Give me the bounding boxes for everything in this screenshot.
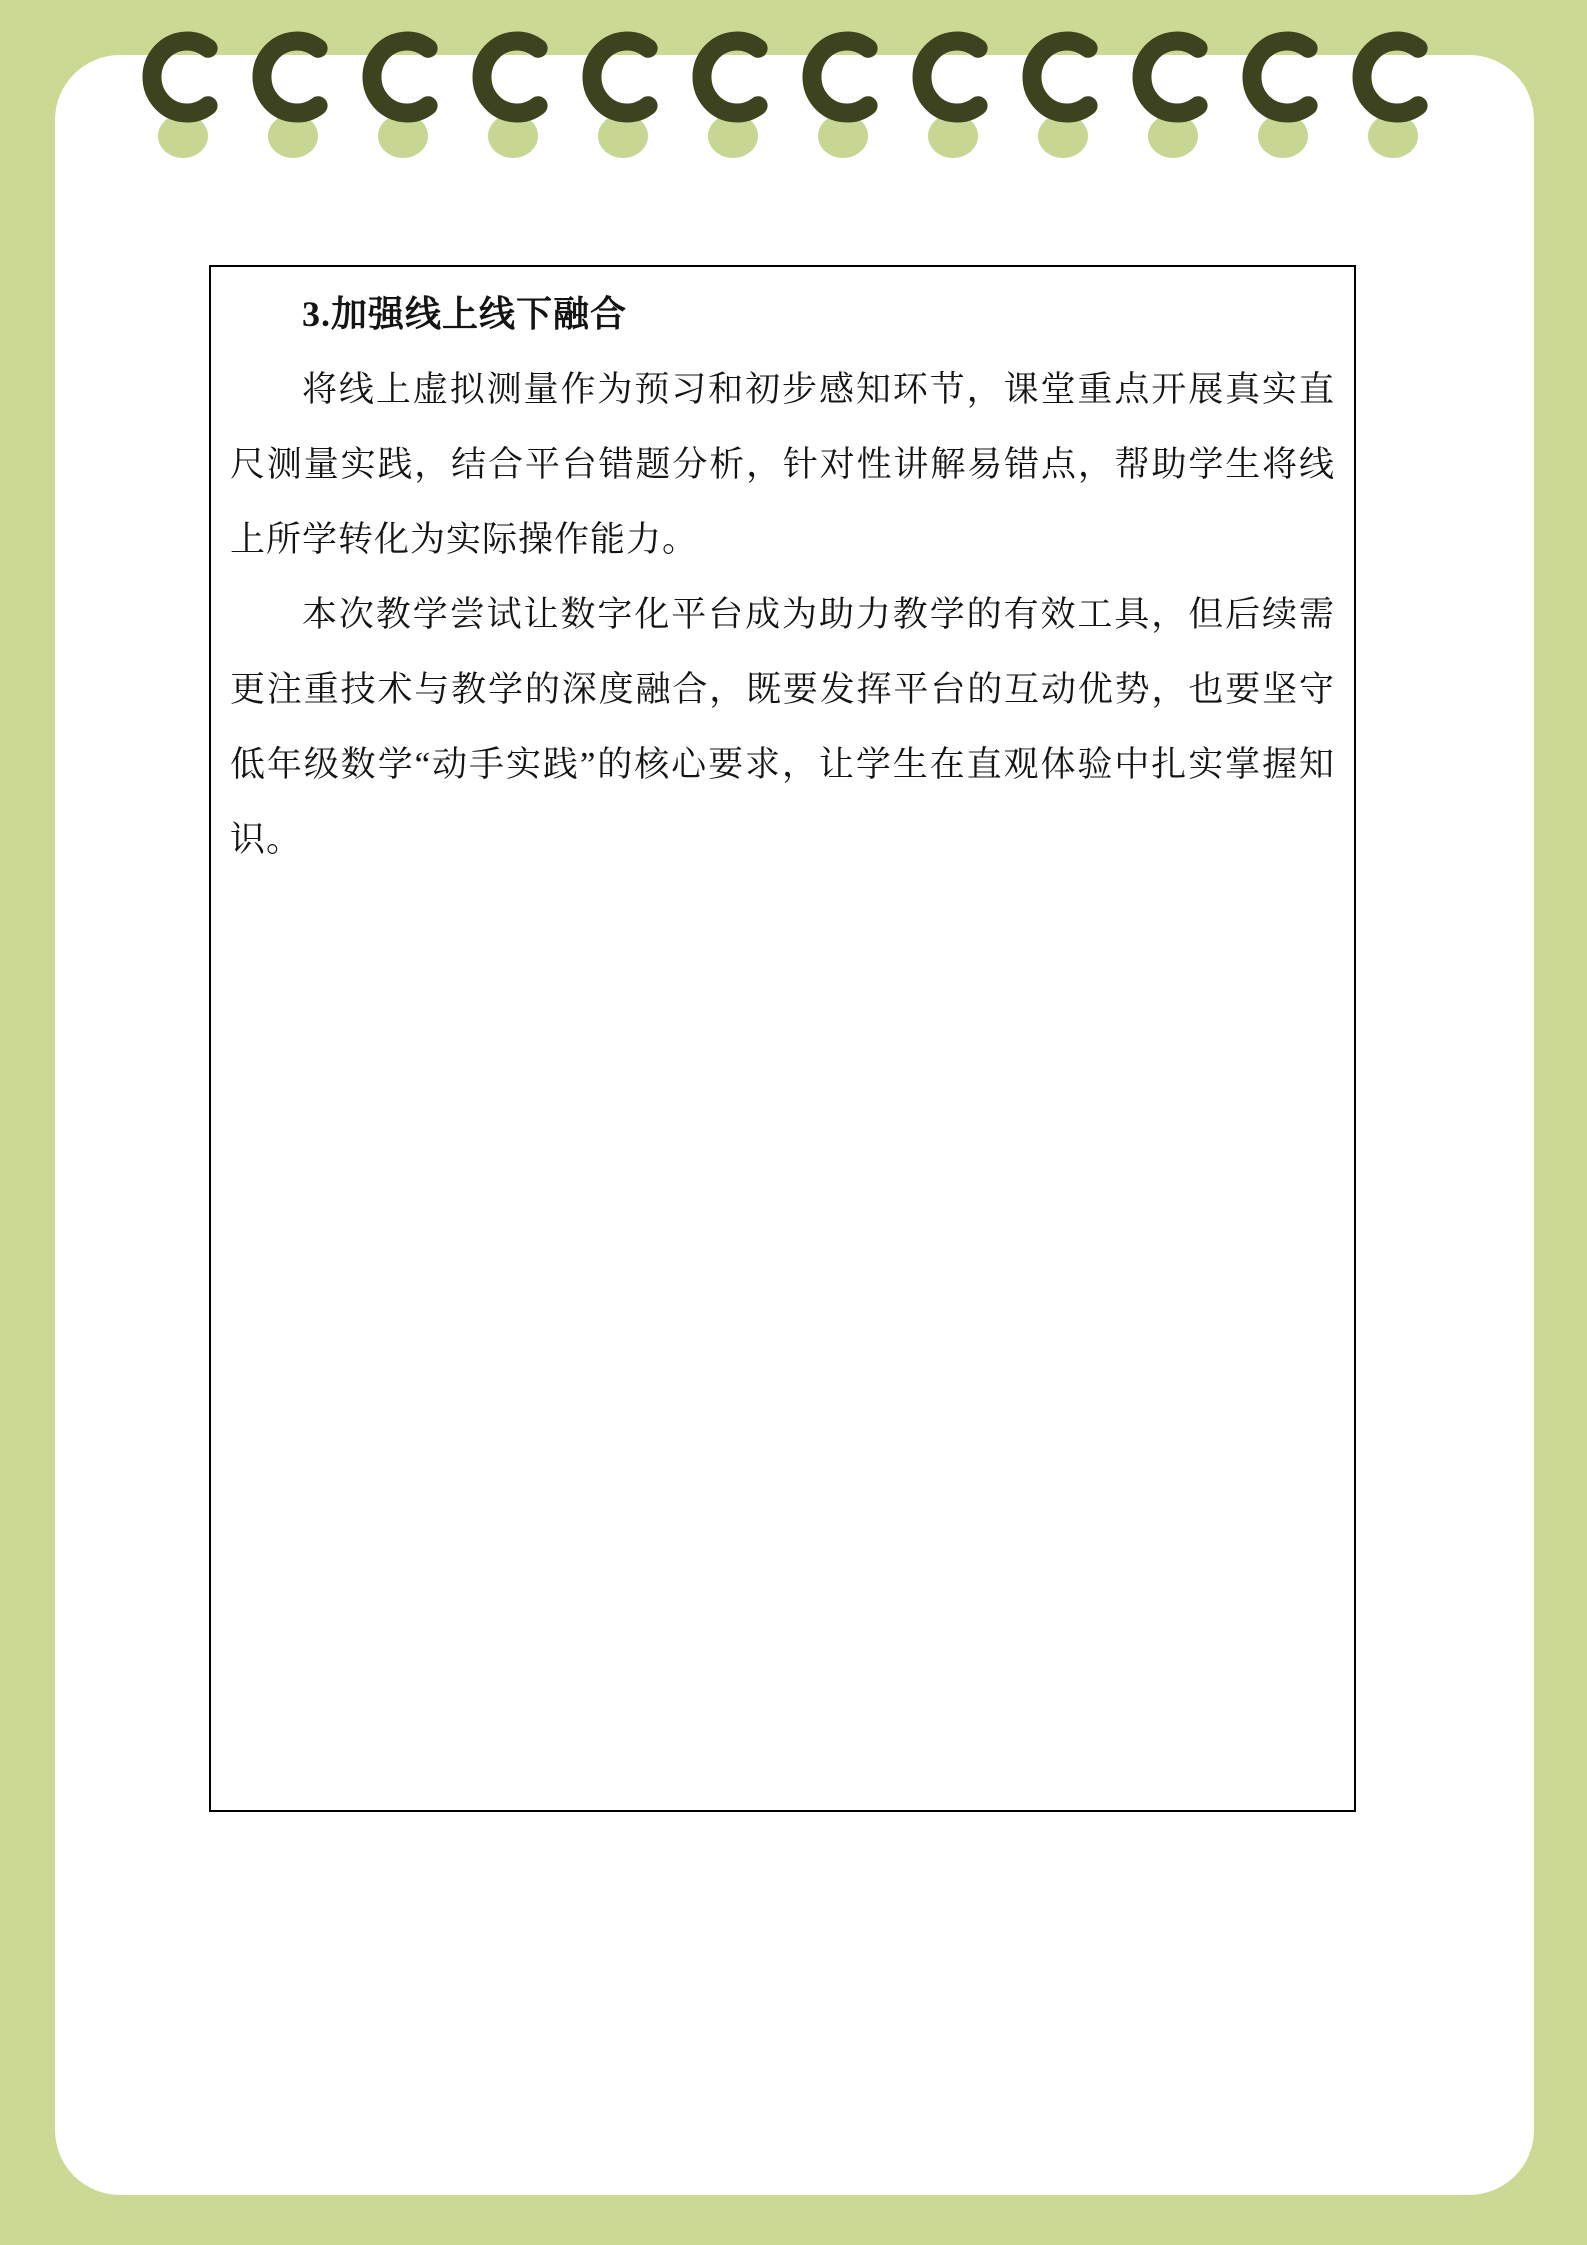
ring-icon: [362, 30, 454, 125]
content-box: 3.加强线上线下融合 将线上虚拟测量作为预习和初步感知环节，课堂重点开展真实直尺…: [209, 265, 1356, 1812]
ring-icon: [582, 30, 674, 125]
ring-icon: [252, 30, 344, 125]
ring-icon: [1132, 30, 1224, 125]
binder-ring: [1242, 30, 1334, 125]
binder-ring: [472, 30, 564, 125]
binder-ring: [1352, 30, 1444, 125]
binder-ring: [142, 30, 234, 125]
ring-icon: [142, 30, 234, 125]
binder-ring: [362, 30, 454, 125]
ring-icon: [472, 30, 564, 125]
binder-ring: [692, 30, 784, 125]
section-heading: 3.加强线上线下融合: [230, 277, 1335, 352]
binder-ring: [252, 30, 344, 125]
binder-ring: [1132, 30, 1224, 125]
ring-icon: [692, 30, 784, 125]
notebook-background: { "page": { "background_color": "#ccd994…: [0, 0, 1587, 2245]
ring-icon: [912, 30, 1004, 125]
ring-icon: [802, 30, 894, 125]
binder-ring: [912, 30, 1004, 125]
ring-icon: [1352, 30, 1444, 125]
ring-icon: [1242, 30, 1334, 125]
body-paragraph: 将线上虚拟测量作为预习和初步感知环节，课堂重点开展真实直尺测量实践，结合平台错题…: [230, 352, 1335, 577]
body-paragraph: 本次教学尝试让数字化平台成为助力教学的有效工具，但后续需更注重技术与教学的深度融…: [230, 577, 1335, 877]
binder-ring: [582, 30, 674, 125]
binder-ring: [1022, 30, 1114, 125]
spiral-rings: [0, 0, 1587, 180]
ring-icon: [1022, 30, 1114, 125]
binder-ring: [802, 30, 894, 125]
